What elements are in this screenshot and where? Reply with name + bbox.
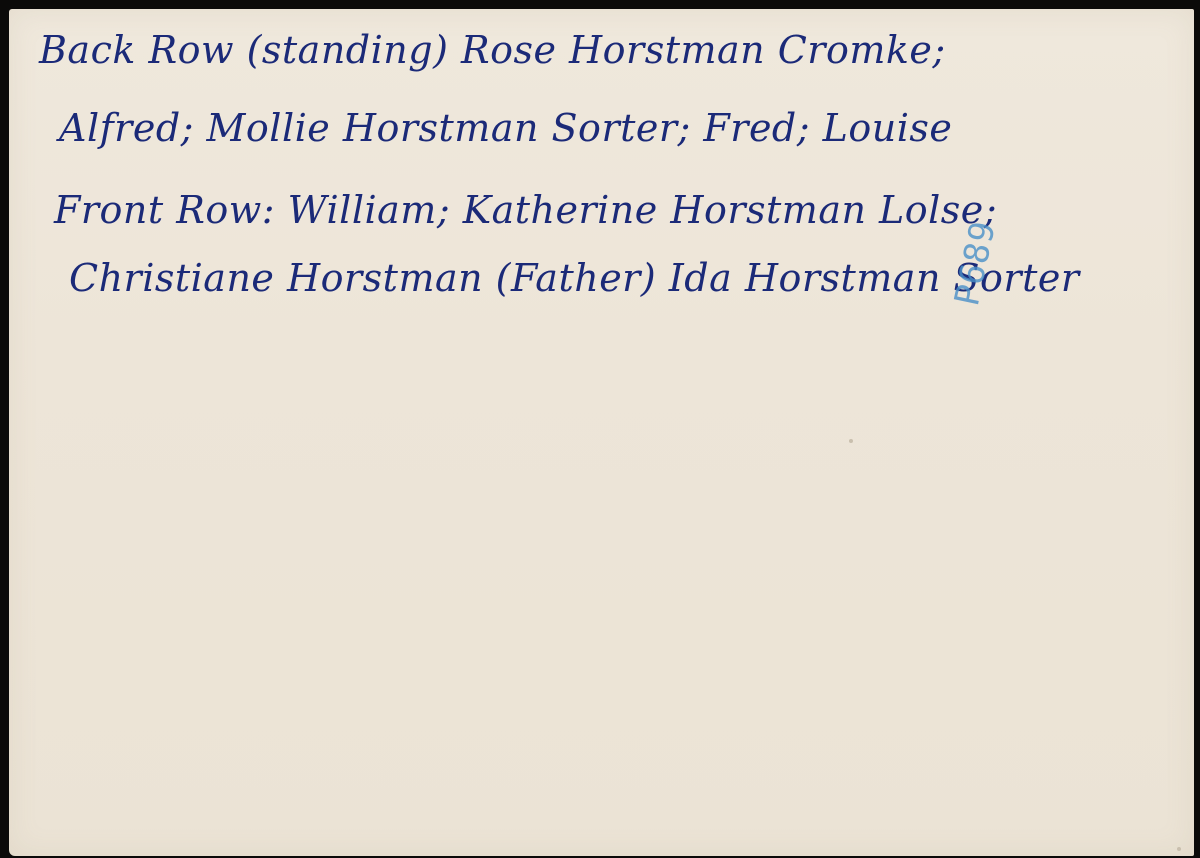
paper-speck — [849, 439, 853, 443]
photo-card: Back Row (standing) Rose Horstman Cromke… — [9, 9, 1194, 856]
caption-line-front-row: Front Row: William; Katherine Horstman L… — [54, 184, 997, 236]
caption-line-back-row-continued: Alfred; Mollie Horstman Sorter; Fred; Lo… — [59, 102, 952, 154]
caption-line-back-row: Back Row (standing) Rose Horstman Cromke… — [39, 24, 946, 76]
caption-line-front-row-continued: Christiane Horstman (Father) Ida Horstma… — [69, 252, 1080, 304]
paper-speck — [1177, 847, 1181, 851]
scanned-photo-back: Back Row (standing) Rose Horstman Cromke… — [0, 0, 1200, 858]
